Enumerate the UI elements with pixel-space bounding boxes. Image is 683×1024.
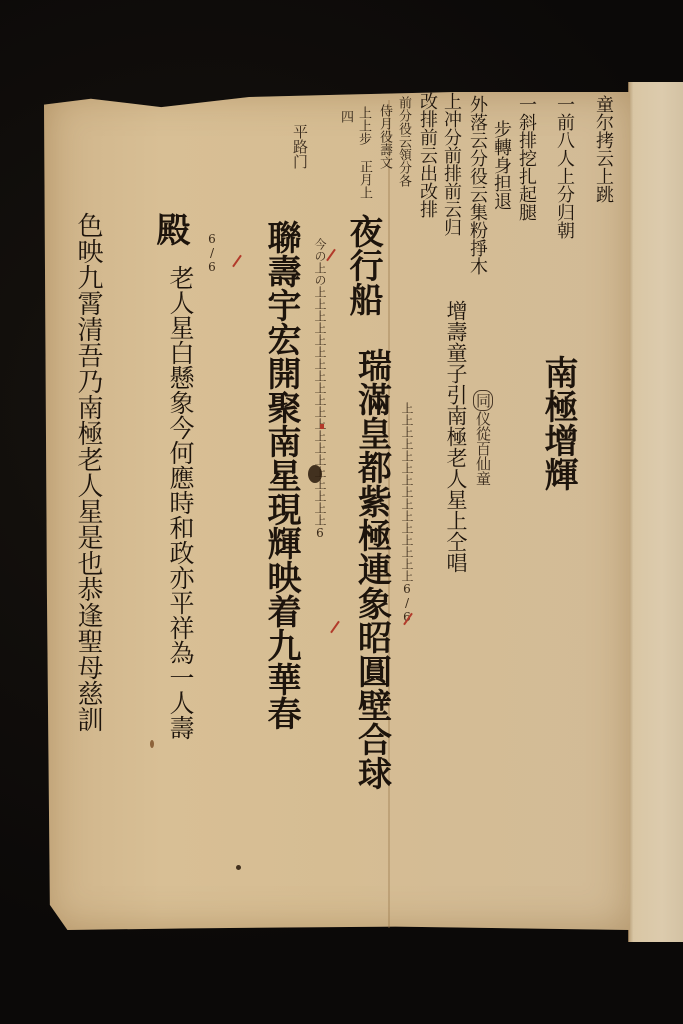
song-title: 夜行船 bbox=[345, 214, 381, 316]
manuscript-page bbox=[44, 92, 630, 930]
title: 南極增輝 bbox=[540, 355, 576, 491]
margin-mark-top: 四 bbox=[338, 110, 352, 123]
top-note-8: 前分役云領分各 bbox=[396, 96, 410, 187]
top-note-2: 一前八人上分归朝 bbox=[555, 95, 574, 239]
margin-marks-col3: 6/6 bbox=[205, 232, 218, 274]
top-note-12: 平路门 bbox=[292, 124, 308, 169]
top-note-7: 改排前云出改排 bbox=[418, 92, 437, 218]
margin-marks-col1: 上上上上上上上上上上上上上上上6/6 bbox=[392, 402, 422, 624]
top-note-11: 正月上 bbox=[357, 160, 371, 199]
top-note-1: 童尔拷云上跳 bbox=[594, 95, 613, 203]
lyric-line-4: 色映九霄清吾乃南極老人星是也恭逢聖母慈訓 bbox=[70, 212, 106, 732]
side-note-text: 仪從百仙童 bbox=[474, 411, 492, 486]
red-tick-mark bbox=[320, 424, 324, 429]
ink-stain bbox=[308, 465, 322, 483]
right-page-edge bbox=[628, 82, 683, 942]
top-note-5: 外落云分役云集粉掙木 bbox=[468, 95, 487, 275]
side-note-circle: 同 bbox=[473, 390, 493, 411]
top-note-10: 上上步 bbox=[356, 106, 370, 145]
top-note-3: 一斜排挖扎起腿 bbox=[517, 95, 536, 221]
side-note: 同仪從百仙童 bbox=[475, 390, 491, 486]
stage-direction: 增壽童子引南極老人星上仝唱 bbox=[445, 300, 467, 573]
margin-marks-col2: 今の上の上上上上上上上上上上上上上上上上上上上上6 bbox=[306, 238, 334, 540]
top-note-4: 步轉身担退 bbox=[492, 120, 511, 210]
top-note-9: 侍月役壽文 bbox=[377, 104, 391, 169]
lyric-line-3: 殿 bbox=[152, 212, 188, 246]
top-note-6: 上冲分前排前云归 bbox=[442, 92, 461, 236]
lyric-line-1: 瑞滿皇都紫極連象昭圓壁合球 bbox=[352, 348, 390, 790]
speech-text: 老人星白懸象今何應時和政亦平祥為一人壽 bbox=[163, 265, 197, 740]
ink-stain bbox=[150, 740, 154, 748]
lyric-line-2: 聯壽宇宏開聚南星現輝映着九華春 bbox=[262, 220, 300, 730]
ink-stain bbox=[236, 865, 241, 870]
